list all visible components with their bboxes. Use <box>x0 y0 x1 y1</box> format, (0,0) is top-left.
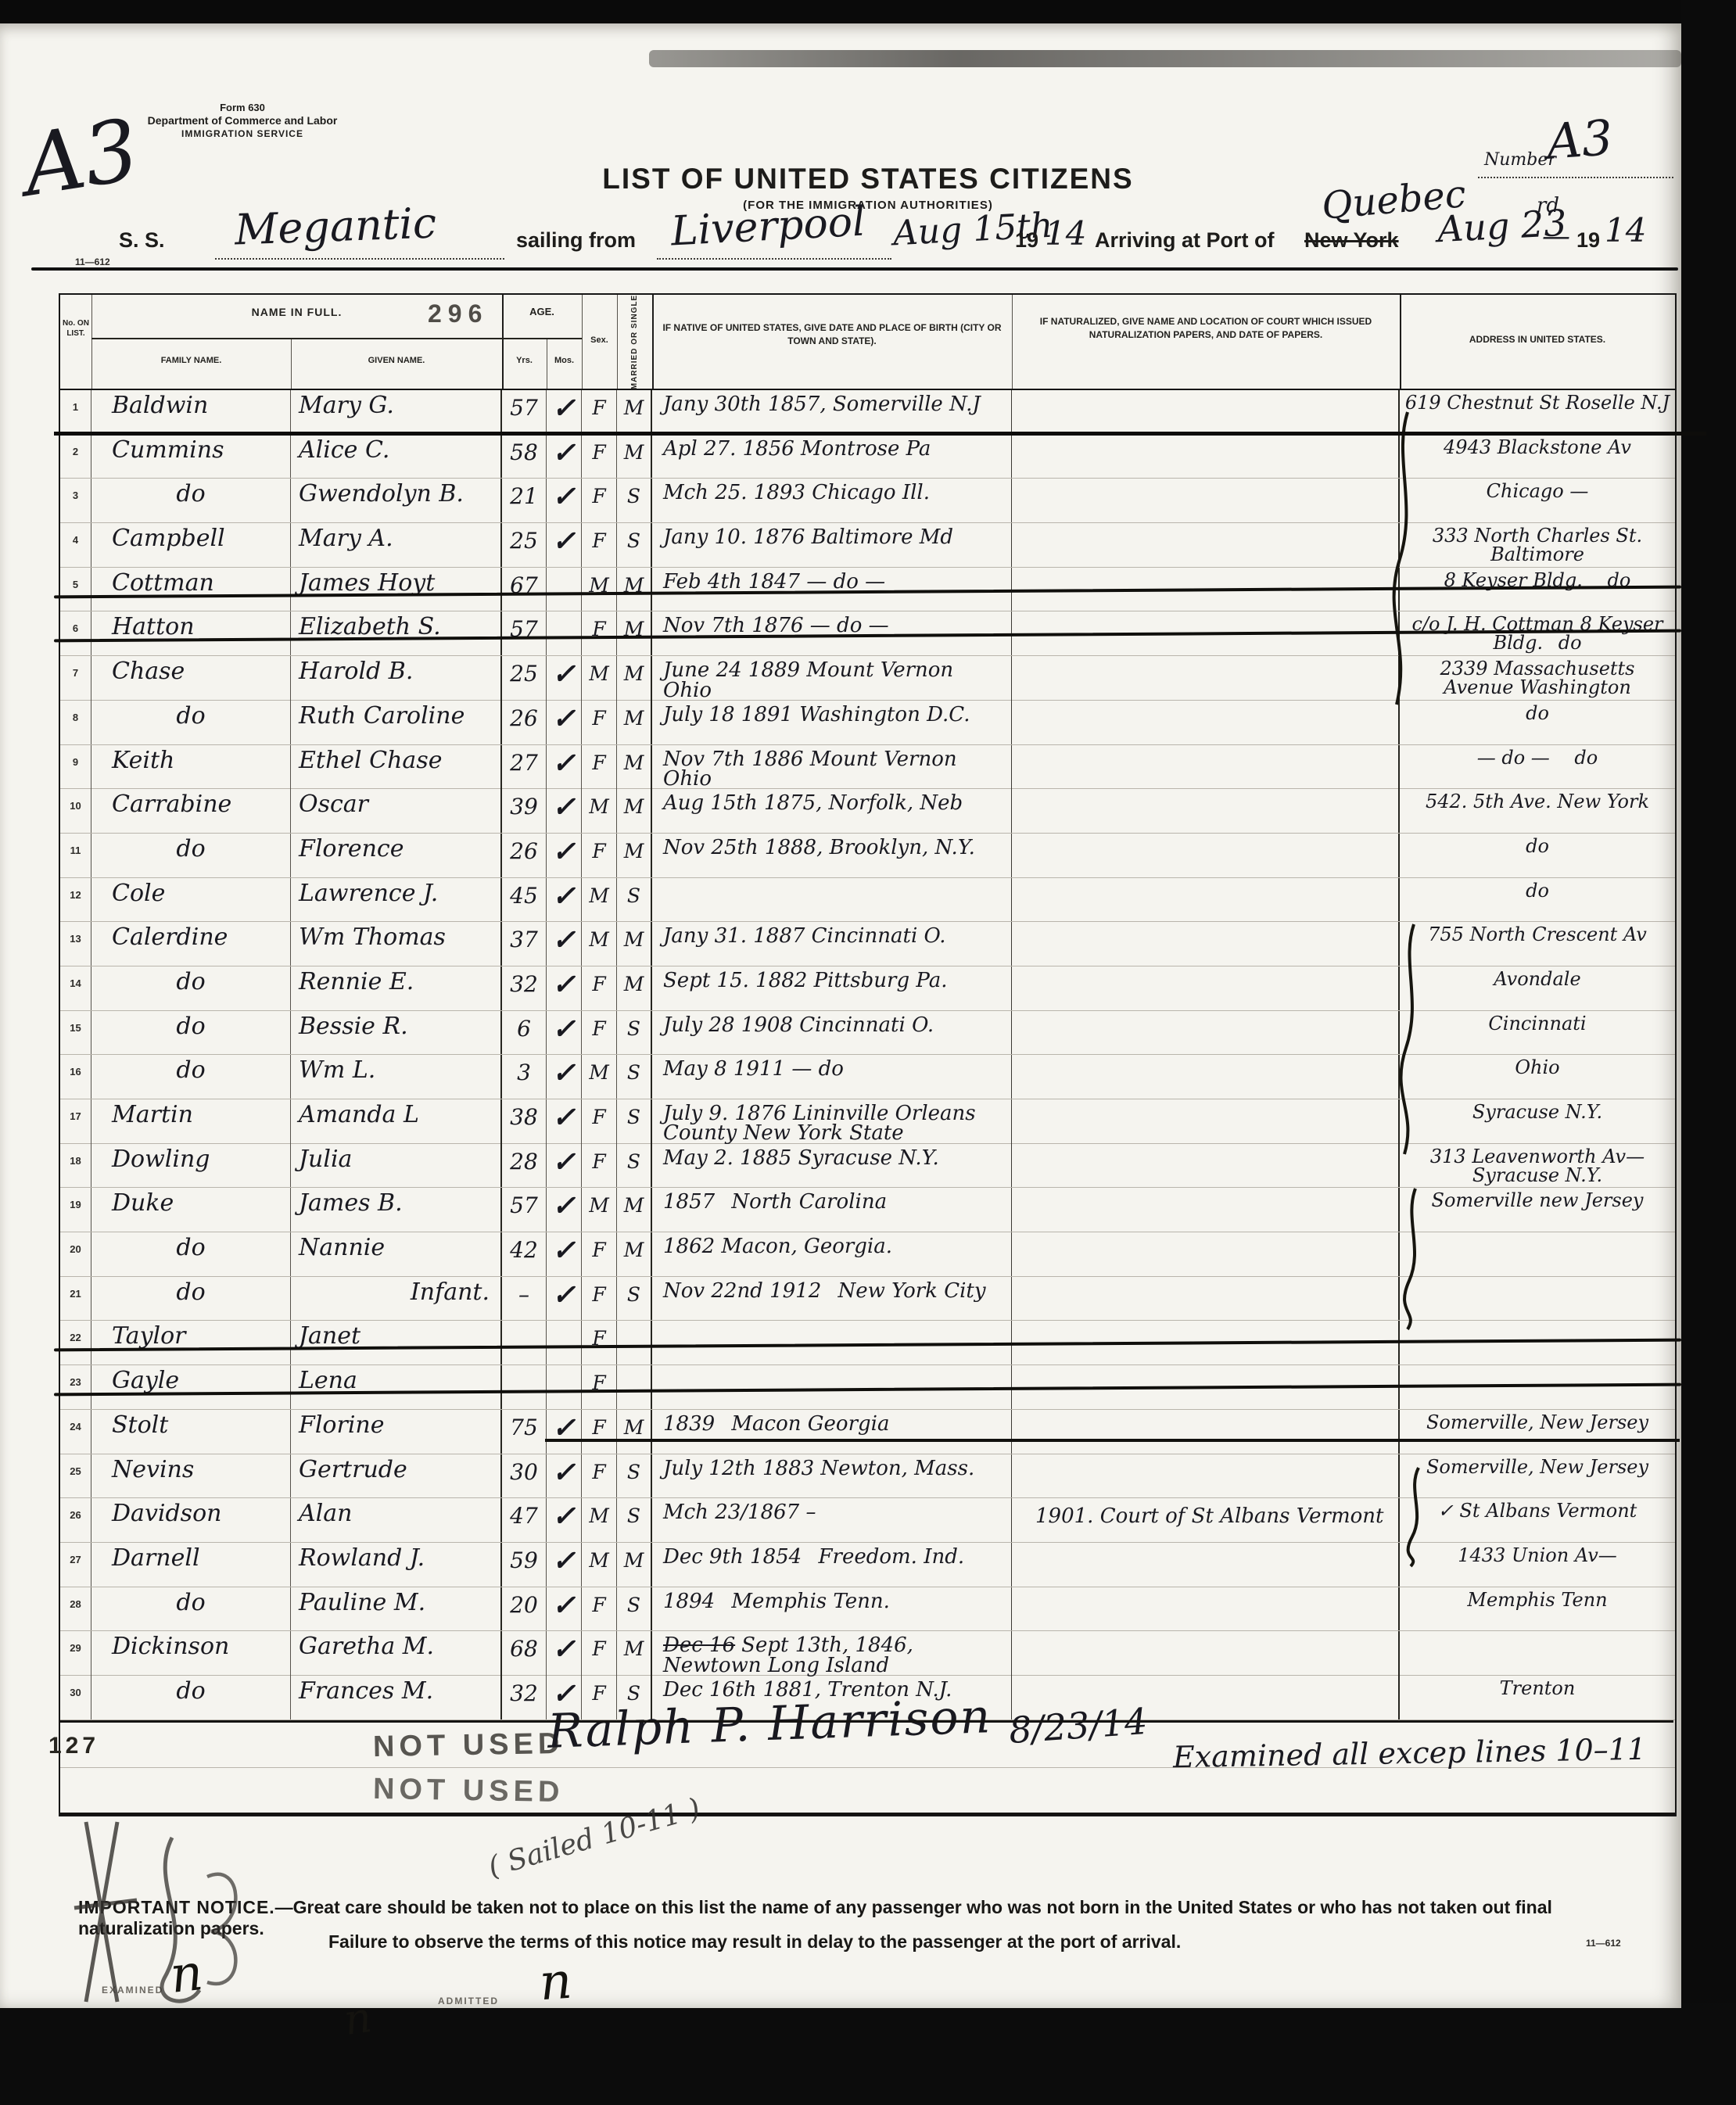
cell-age-years: 38 <box>502 1099 547 1144</box>
cell-check-mark: ✓ <box>547 745 582 790</box>
cell-us-address <box>1400 1232 1675 1276</box>
cell-us-address: Avondale <box>1400 966 1675 1010</box>
manifest-row: 18DowlingJulia28✓FSMay 2. 1885 Syracuse … <box>60 1144 1675 1189</box>
cell-naturalization <box>1012 1055 1400 1099</box>
cell-line-number: 21 <box>60 1277 91 1321</box>
cell-sex: F <box>582 1587 617 1631</box>
header-divider <box>291 338 292 389</box>
port-from-rule <box>657 258 891 260</box>
cell-married-single: M <box>617 435 652 479</box>
manifest-row: 10CarrabineOscar39✓MMAug 15th 1875, Norf… <box>60 789 1675 834</box>
cell-age-years: 57 <box>502 611 547 655</box>
cell-sex: M <box>582 656 617 701</box>
cell-age-years: 67 <box>502 568 547 611</box>
cell-sex: F <box>582 1631 617 1676</box>
cell-sex: F <box>582 1365 617 1409</box>
cell-check-mark: ✓ <box>547 1631 582 1676</box>
cell-family-name: do <box>91 834 291 877</box>
cell-us-address: 333 North Charles St. Baltimore <box>1400 523 1675 567</box>
cell-family-name: do <box>91 479 291 522</box>
cell-family-name: Carrabine <box>91 789 291 833</box>
cell-family-name: Davidson <box>91 1498 291 1542</box>
manifest-row: 12ColeLawrence J.45✓MSdo <box>60 878 1675 923</box>
cell-check-mark: ✓ <box>547 1144 582 1188</box>
col-header-address: ADDRESS IN UNITED STATES. <box>1400 334 1675 345</box>
header-divider <box>1012 295 1013 389</box>
cell-birth-date-place: July 9. 1876 Lininville Orleans County N… <box>652 1099 1012 1144</box>
cell-birth-date-place: Mch 23/1867 – <box>652 1498 1012 1542</box>
header-divider <box>617 295 618 389</box>
cell-sex: F <box>582 1144 617 1188</box>
cell-birth-date-place: Jany 31. 1887 Cincinnati O. <box>652 922 1012 966</box>
cell-naturalization <box>1012 523 1400 567</box>
cell-family-name: Stolt <box>91 1410 291 1454</box>
cell-sex: M <box>582 789 617 833</box>
cell-sex: F <box>582 1011 617 1055</box>
cell-married-single: M <box>617 611 652 655</box>
cell-line-number: 13 <box>60 922 91 966</box>
cell-family-name: do <box>91 966 291 1010</box>
cell-birth-date-place: July 12th 1883 Newton, Mass. <box>652 1454 1012 1498</box>
cell-check-mark: ✓ <box>547 435 582 479</box>
cell-age-years: 28 <box>502 1144 547 1188</box>
cell-naturalization <box>1012 1410 1400 1454</box>
cell-given-name: Ethel Chase <box>291 745 502 790</box>
cell-naturalization <box>1012 1011 1400 1055</box>
form-number-line: Form 630 <box>125 102 360 114</box>
cell-married-single: M <box>617 745 652 790</box>
cell-birth-date-place: Sept 15. 1882 Pittsburg Pa. <box>652 966 1012 1010</box>
manifest-row: 24StoltFlorine75✓FM1839 Macon GeorgiaSom… <box>60 1410 1675 1454</box>
cell-line-number: 8 <box>60 701 91 744</box>
manifest-row: 11doFlorence26✓FMNov 25th 1888, Brooklyn… <box>60 834 1675 878</box>
cell-birth-date-place: Dec 16Sept 13th, 1846, Newtown Long Isla… <box>652 1631 1012 1676</box>
cell-family-name: Cottman <box>91 568 291 611</box>
cell-naturalization <box>1012 701 1400 744</box>
cell-check-mark: ✓ <box>547 1454 582 1498</box>
cell-family-name: Dickinson <box>91 1631 291 1676</box>
cell-sex: F <box>582 435 617 479</box>
cell-given-name: Garetha M. <box>291 1631 502 1676</box>
cell-us-address <box>1400 1631 1675 1676</box>
manifest-row: 3doGwendolyn B.21✓FSMch 25. 1893 Chicago… <box>60 479 1675 523</box>
passenger-table: No. ON LIST. NAME IN FULL. 296 AGE. FAMI… <box>59 293 1677 1816</box>
cell-age-years: 20 <box>502 1587 547 1631</box>
manifest-row: 5CottmanJames Hoyt67MMFeb 4th 1847 — do … <box>60 568 1675 612</box>
cell-given-name: Lawrence J. <box>291 878 502 922</box>
cell-family-name: do <box>91 1676 291 1720</box>
cell-naturalization <box>1012 1587 1400 1631</box>
cell-check-mark: ✓ <box>547 701 582 744</box>
scan-top-bar <box>0 0 1736 23</box>
cell-birth-date-place: Jany 30th 1857, Somerville N.J <box>652 390 1012 434</box>
cell-age-years: 32 <box>502 1676 547 1720</box>
cell-given-name: Frances M. <box>291 1676 502 1720</box>
cell-sex: M <box>582 1543 617 1587</box>
cell-us-address: — do — do <box>1400 745 1675 790</box>
cell-check-mark: ✓ <box>547 878 582 922</box>
cell-family-name: Martin <box>91 1099 291 1144</box>
cell-check-mark: ✓ <box>547 1055 582 1099</box>
cell-check-mark: ✓ <box>547 1543 582 1587</box>
cell-check-mark: ✓ <box>547 1498 582 1542</box>
manifest-row: 9KeithEthel Chase27✓FMNov 7th 1886 Mount… <box>60 745 1675 790</box>
cell-married-single <box>617 1321 652 1364</box>
cell-check-mark: ✓ <box>547 922 582 966</box>
cell-line-number: 24 <box>60 1410 91 1454</box>
not-used-stamp: NOT USED <box>373 1727 565 1763</box>
cell-age-years: 37 <box>502 922 547 966</box>
cell-naturalization <box>1012 834 1400 877</box>
cell-us-address: 1433 Union Av— <box>1400 1543 1675 1587</box>
cell-family-name: Baldwin <box>91 390 291 434</box>
cell-age-years: 58 <box>502 435 547 479</box>
cell-us-address: 2339 Massachusetts Avenue Washington <box>1400 656 1675 701</box>
cell-line-number: 7 <box>60 656 91 701</box>
header-divider <box>652 295 654 389</box>
brace-mark <box>1390 411 1422 708</box>
cell-family-name: Darnell <box>91 1543 291 1587</box>
cell-family-name: do <box>91 1011 291 1055</box>
cell-age-years: 57 <box>502 390 547 434</box>
cell-age-years: 3 <box>502 1055 547 1099</box>
cell-birth-date-place: Nov 22nd 1912 New York City <box>652 1277 1012 1321</box>
cell-age-years: 68 <box>502 1631 547 1676</box>
manifest-row: 15doBessie R.6✓FSJuly 28 1908 Cincinnati… <box>60 1011 1675 1056</box>
cell-married-single: M <box>617 922 652 966</box>
cell-sex: F <box>582 611 617 655</box>
clerk-initial: n <box>537 1953 573 2013</box>
manifest-row: 23GayleLenaF <box>60 1365 1675 1410</box>
cell-line-number: 9 <box>60 745 91 790</box>
col-header-age: AGE. <box>502 306 582 317</box>
cell-family-name: do <box>91 1277 291 1321</box>
cell-sex: F <box>582 701 617 744</box>
cell-given-name: Infant. <box>291 1277 502 1321</box>
cell-family-name: Cummins <box>91 435 291 479</box>
number-rule <box>1478 177 1673 178</box>
cell-age-years: 59 <box>502 1543 547 1587</box>
cell-given-name: Alice C. <box>291 435 502 479</box>
cell-age-years: 42 <box>502 1232 547 1276</box>
cell-us-address: Somerville new Jersey <box>1400 1188 1675 1232</box>
cell-birth-date-place: Apl 27. 1856 Montrose Pa <box>652 435 1012 479</box>
cell-us-address: 619 Chestnut St Roselle N.J <box>1400 390 1675 434</box>
cell-birth-date-place: Mch 25. 1893 Chicago Ill. <box>652 479 1012 522</box>
cell-married-single: S <box>617 1099 652 1144</box>
cell-given-name: Gertrude <box>291 1454 502 1498</box>
cell-check-mark: ✓ <box>547 523 582 567</box>
arrival-dash: — <box>1542 221 1570 253</box>
department-line: Department of Commerce and Labor <box>125 114 360 128</box>
manifest-row: 8doRuth Caroline26✓FMJuly 18 1891 Washin… <box>60 701 1675 745</box>
manifest-row: 2CumminsAlice C.58✓FMApl 27. 1856 Montro… <box>60 435 1675 479</box>
brace-mark <box>1401 1187 1433 1332</box>
cell-given-name: Mary A. <box>291 523 502 567</box>
cell-married-single: M <box>617 1232 652 1276</box>
cell-us-address: do <box>1400 878 1675 922</box>
cell-married-single: M <box>617 1543 652 1587</box>
heavy-rule <box>31 267 1678 271</box>
cell-birth-date-place: May 2. 1885 Syracuse N.Y. <box>652 1144 1012 1188</box>
col-header-mos: Mos. <box>547 356 582 365</box>
cell-married-single: S <box>617 1144 652 1188</box>
manifest-row: 7ChaseHarold B.25✓MMJune 24 1889 Mount V… <box>60 656 1675 701</box>
cell-naturalization <box>1012 1277 1400 1321</box>
cell-check-mark: ✓ <box>547 1011 582 1055</box>
cell-line-number: 30 <box>60 1676 91 1720</box>
cell-given-name: Elizabeth S. <box>291 611 502 655</box>
page-subtitle: (FOR THE IMMIGRATION AUTHORITIES) <box>422 199 1314 212</box>
cell-sex: M <box>582 922 617 966</box>
cell-birth-date-place: 1839 Macon Georgia <box>652 1410 1012 1454</box>
cell-line-number: 26 <box>60 1498 91 1542</box>
cell-family-name: Nevins <box>91 1454 291 1498</box>
cell-age-years: 26 <box>502 834 547 877</box>
cell-married-single: M <box>617 966 652 1010</box>
cell-age-years: 75 <box>502 1410 547 1454</box>
cell-family-name: Gayle <box>91 1365 291 1409</box>
table-header: No. ON LIST. NAME IN FULL. 296 AGE. FAMI… <box>60 295 1675 390</box>
cell-line-number: 4 <box>60 523 91 567</box>
cell-check-mark: ✓ <box>547 1099 582 1144</box>
cell-birth-date-place: Nov 25th 1888, Brooklyn, N.Y. <box>652 834 1012 877</box>
cell-given-name: James Hoyt <box>291 568 502 611</box>
manifest-row: 16doWm L.3✓MSMay 8 1911 — doOhio <box>60 1055 1675 1099</box>
cell-line-number: 25 <box>60 1454 91 1498</box>
cell-family-name: do <box>91 701 291 744</box>
cell-family-name: Calerdine <box>91 922 291 966</box>
cell-family-name: Taylor <box>91 1321 291 1364</box>
cell-naturalization <box>1012 966 1400 1010</box>
pencil-scrawl <box>63 1814 250 2025</box>
cell-married-single: M <box>617 656 652 701</box>
cell-given-name: Janet <box>291 1321 502 1364</box>
scanned-manifest-page: { "doc": { "corner_mark": "A3", "form_bl… <box>0 0 1736 2105</box>
cell-naturalization <box>1012 1543 1400 1587</box>
cell-given-name: Rennie E. <box>291 966 502 1010</box>
col-header-married-single: MARRIED OR SINGLE <box>617 299 652 384</box>
cell-check-mark: ✓ <box>547 656 582 701</box>
cell-sex: F <box>582 390 617 434</box>
cell-given-name: Gwendolyn B. <box>291 479 502 522</box>
cell-given-name: Alan <box>291 1498 502 1542</box>
cell-age-years: 21 <box>502 479 547 522</box>
cell-line-number: 3 <box>60 479 91 522</box>
cell-naturalization <box>1012 789 1400 833</box>
brace-mark <box>1398 923 1429 1157</box>
cell-check-mark <box>547 1321 582 1364</box>
cell-sex: M <box>582 878 617 922</box>
cell-line-number: 6 <box>60 611 91 655</box>
cell-us-address: do <box>1400 701 1675 744</box>
cell-family-name: Keith <box>91 745 291 790</box>
header-divider <box>547 338 547 389</box>
ship-name-rule <box>215 258 504 260</box>
sail-year-printed: 19 <box>1015 228 1038 253</box>
number-label: Number <box>1484 150 1556 170</box>
cell-married-single: M <box>617 1188 652 1232</box>
sailing-from-label: sailing from <box>516 228 636 253</box>
col-header-no: No. ON LIST. <box>60 318 91 339</box>
cell-sex: F <box>582 1454 617 1498</box>
cell-married-single: S <box>617 1587 652 1631</box>
cell-given-name: Julia <box>291 1144 502 1188</box>
cell-married-single: S <box>617 1498 652 1542</box>
struck-birth-text: Dec 16 <box>663 1633 735 1657</box>
col-header-family: FAMILY NAME. <box>91 356 291 365</box>
cell-check-mark: ✓ <box>547 1188 582 1232</box>
cell-line-number: 1 <box>60 390 91 434</box>
manifest-row: 28doPauline M.20✓FS1894 Memphis Tenn.Mem… <box>60 1587 1675 1632</box>
cell-us-address <box>1400 1277 1675 1321</box>
cell-age-years: – <box>502 1277 547 1321</box>
cell-family-name: Cole <box>91 878 291 922</box>
cell-family-name: Campbell <box>91 523 291 567</box>
cell-naturalization <box>1012 1232 1400 1276</box>
header-subrule <box>91 338 582 339</box>
cell-married-single: S <box>617 1011 652 1055</box>
manifest-row: 22TaylorJanetF <box>60 1321 1675 1365</box>
port-of-departure-handwritten: Liverpool <box>670 199 867 256</box>
form-edition-number-bottom: 11—612 <box>1586 1938 1621 1949</box>
cell-check-mark: ✓ <box>547 1410 582 1454</box>
arrive-year-printed: 19 <box>1576 228 1600 253</box>
cell-birth-date-place: Dec 9th 1854 Freedom. Ind. <box>652 1543 1012 1587</box>
cell-birth-date-place: June 24 1889 Mount Vernon Ohio <box>652 656 1012 701</box>
cell-married-single: S <box>617 1277 652 1321</box>
cell-us-address: 4943 Blackstone Av <box>1400 435 1675 479</box>
cell-married-single: M <box>617 390 652 434</box>
manifest-row: 17MartinAmanda L38✓FSJuly 9. 1876 Lininv… <box>60 1099 1675 1144</box>
cell-line-number: 29 <box>60 1631 91 1676</box>
cell-us-address: ✓ St Albans Vermont <box>1400 1498 1675 1542</box>
cell-given-name: Lena <box>291 1365 502 1409</box>
header-divider <box>582 295 583 389</box>
cell-naturalization <box>1012 435 1400 479</box>
cell-line-number: 5 <box>60 568 91 611</box>
cell-line-number: 12 <box>60 878 91 922</box>
notice-text-2: Failure to observe the terms of this not… <box>328 1931 1181 1953</box>
cell-check-mark: ✓ <box>547 1587 582 1631</box>
col-header-yrs: Yrs. <box>502 356 547 365</box>
manifest-row: 19DukeJames B.57✓MM1857 North CarolinaSo… <box>60 1188 1675 1232</box>
cell-us-address: Somerville, New Jersey <box>1400 1454 1675 1498</box>
cell-sex: F <box>582 966 617 1010</box>
cell-us-address: Somerville, New Jersey <box>1400 1410 1675 1454</box>
cell-married-single: S <box>617 523 652 567</box>
scan-bottom-bar <box>0 2003 1736 2105</box>
manifest-row: 13CalerdineWm Thomas37✓MMJany 31. 1887 C… <box>60 922 1675 966</box>
cell-line-number: 2 <box>60 435 91 479</box>
header-divider <box>502 295 504 389</box>
cell-us-address: 313 Leavenworth Av— Syracuse N.Y. <box>1400 1144 1675 1188</box>
cell-line-number: 23 <box>60 1365 91 1409</box>
cell-married-single: S <box>617 878 652 922</box>
cell-age-years: 30 <box>502 1454 547 1498</box>
cell-given-name: Pauline M. <box>291 1587 502 1631</box>
cell-birth-date-place: July 28 1908 Cincinnati O. <box>652 1011 1012 1055</box>
cell-check-mark <box>547 611 582 655</box>
col-header-given: GIVEN NAME. <box>291 356 502 365</box>
cell-family-name: do <box>91 1055 291 1099</box>
cell-us-address: Trenton <box>1400 1676 1675 1720</box>
cell-naturalization: 1901. Court of St Albans Vermont <box>1012 1498 1400 1542</box>
cell-family-name: Duke <box>91 1188 291 1232</box>
header-divider <box>91 295 92 389</box>
cell-age-years: 26 <box>502 701 547 744</box>
port-printed-struck: New York <box>1304 228 1399 253</box>
header-divider <box>1400 295 1401 389</box>
cell-us-address: Syracuse N.Y. <box>1400 1099 1675 1144</box>
cell-birth-date-place: Jany 10. 1876 Baltimore Md <box>652 523 1012 567</box>
cell-naturalization <box>1012 922 1400 966</box>
manifest-paper: A3 Form 630 Department of Commerce and L… <box>0 23 1681 2008</box>
cell-married-single: M <box>617 701 652 744</box>
cell-age-years: 25 <box>502 656 547 701</box>
cell-sex: F <box>582 745 617 790</box>
cell-given-name: Wm Thomas <box>291 922 502 966</box>
cell-check-mark <box>547 1365 582 1409</box>
cell-birth-date-place: 1894 Memphis Tenn. <box>652 1587 1012 1631</box>
cell-sex: F <box>582 523 617 567</box>
col-header-birth: IF NATIVE OF UNITED STATES, GIVE DATE AN… <box>658 321 1006 349</box>
cell-family-name: Chase <box>91 656 291 701</box>
cell-sex: F <box>582 1099 617 1144</box>
cell-line-number: 11 <box>60 834 91 877</box>
cell-naturalization <box>1012 878 1400 922</box>
cell-line-number: 22 <box>60 1321 91 1364</box>
manifest-row: 4CampbellMary A.25✓FSJany 10. 1876 Balti… <box>60 523 1675 568</box>
cell-given-name: Amanda L <box>291 1099 502 1144</box>
cell-sex: M <box>582 568 617 611</box>
manifest-row: 20doNannie42✓FM1862 Macon, Georgia. <box>60 1232 1675 1277</box>
cell-sex: F <box>582 479 617 522</box>
cell-line-number: 28 <box>60 1587 91 1631</box>
cell-married-single <box>617 1365 652 1409</box>
cell-us-address: 755 North Crescent Av <box>1400 922 1675 966</box>
cell-naturalization <box>1012 745 1400 790</box>
col-header-naturalized: IF NATURALIZED, GIVE NAME AND LOCATION O… <box>1020 315 1392 342</box>
table-bottom-rule <box>59 1720 1673 1723</box>
cell-line-number: 27 <box>60 1543 91 1587</box>
cell-birth-date-place: May 8 1911 — do <box>652 1055 1012 1099</box>
cell-us-address: 542. 5th Ave. New York <box>1400 789 1675 833</box>
cell-married-single: M <box>617 834 652 877</box>
cell-sex: M <box>582 1498 617 1542</box>
cell-age-years: 6 <box>502 1011 547 1055</box>
cell-naturalization <box>1012 1631 1400 1676</box>
clerk-initial: n <box>341 1992 375 2045</box>
cell-given-name: Harold B. <box>291 656 502 701</box>
heavy-ink-underline <box>54 432 1706 436</box>
cell-line-number: 18 <box>60 1144 91 1188</box>
cell-check-mark: ✓ <box>547 834 582 877</box>
cell-naturalization <box>1012 1099 1400 1144</box>
page-title: LIST OF UNITED STATES CITIZENS <box>422 163 1314 195</box>
cell-age-years <box>502 1321 547 1364</box>
manifest-row: 14doRennie E.32✓FMSept 15. 1882 Pittsbur… <box>60 966 1675 1011</box>
cell-birth-date-place: July 18 1891 Washington D.C. <box>652 701 1012 744</box>
cell-family-name: do <box>91 1232 291 1276</box>
cell-age-years: 47 <box>502 1498 547 1542</box>
cell-naturalization <box>1012 1454 1400 1498</box>
cell-married-single: M <box>617 789 652 833</box>
not-used-stamp: NOT USED <box>373 1772 565 1809</box>
cell-us-address: Chicago — <box>1400 479 1675 522</box>
cell-us-address: do <box>1400 834 1675 877</box>
cell-married-single: M <box>617 1410 652 1454</box>
